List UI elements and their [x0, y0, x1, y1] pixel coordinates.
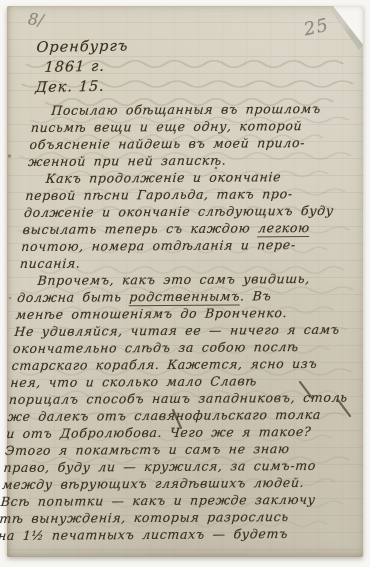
manuscript-line: Впрочемъ, какъ это самъ увидишь,	[18, 270, 341, 289]
line-text: . Въ	[240, 288, 272, 303]
manuscript-line: на 1½ печатныхъ листахъ — будетъ	[0, 525, 320, 544]
manuscript-line: Посылаю обѣщанныя въ прошломъ	[32, 100, 355, 119]
manuscript-line: старскаго корабля. Кажется, ясно изъ	[11, 355, 334, 374]
archival-sheet-number: 8/	[27, 9, 44, 30]
paper-sheet: 8/ 25 Оренбургъ 1861 г. Дек. 15. Посылаю…	[7, 6, 363, 557]
dateline-day: Дек. 15.	[35, 76, 127, 98]
underlined-word: легкою	[257, 220, 310, 237]
manuscript-line: почтою, номера отдѣланія и пере-	[21, 236, 344, 255]
underlined-word: родственнымъ	[129, 288, 241, 306]
letter-body: Посылаю обѣщанныя въ прошломъ письмѣ вещ…	[0, 100, 354, 544]
dateline-place: Оренбургъ	[36, 36, 129, 58]
manuscript-line: объясненіе найдешь въ моей прило-	[29, 134, 352, 153]
line-text: должна быть	[17, 289, 130, 305]
letter-dateline: Оренбургъ 1861 г. Дек. 15.	[34, 36, 129, 98]
line-text: высылать теперь съ каждою	[22, 220, 259, 237]
dateline-year: 1861 г.	[44, 56, 128, 77]
page-number: 25	[302, 15, 331, 41]
manuscript-scan: 8/ 25 Оренбургъ 1861 г. Дек. 15. Посылаю…	[0, 0, 370, 567]
